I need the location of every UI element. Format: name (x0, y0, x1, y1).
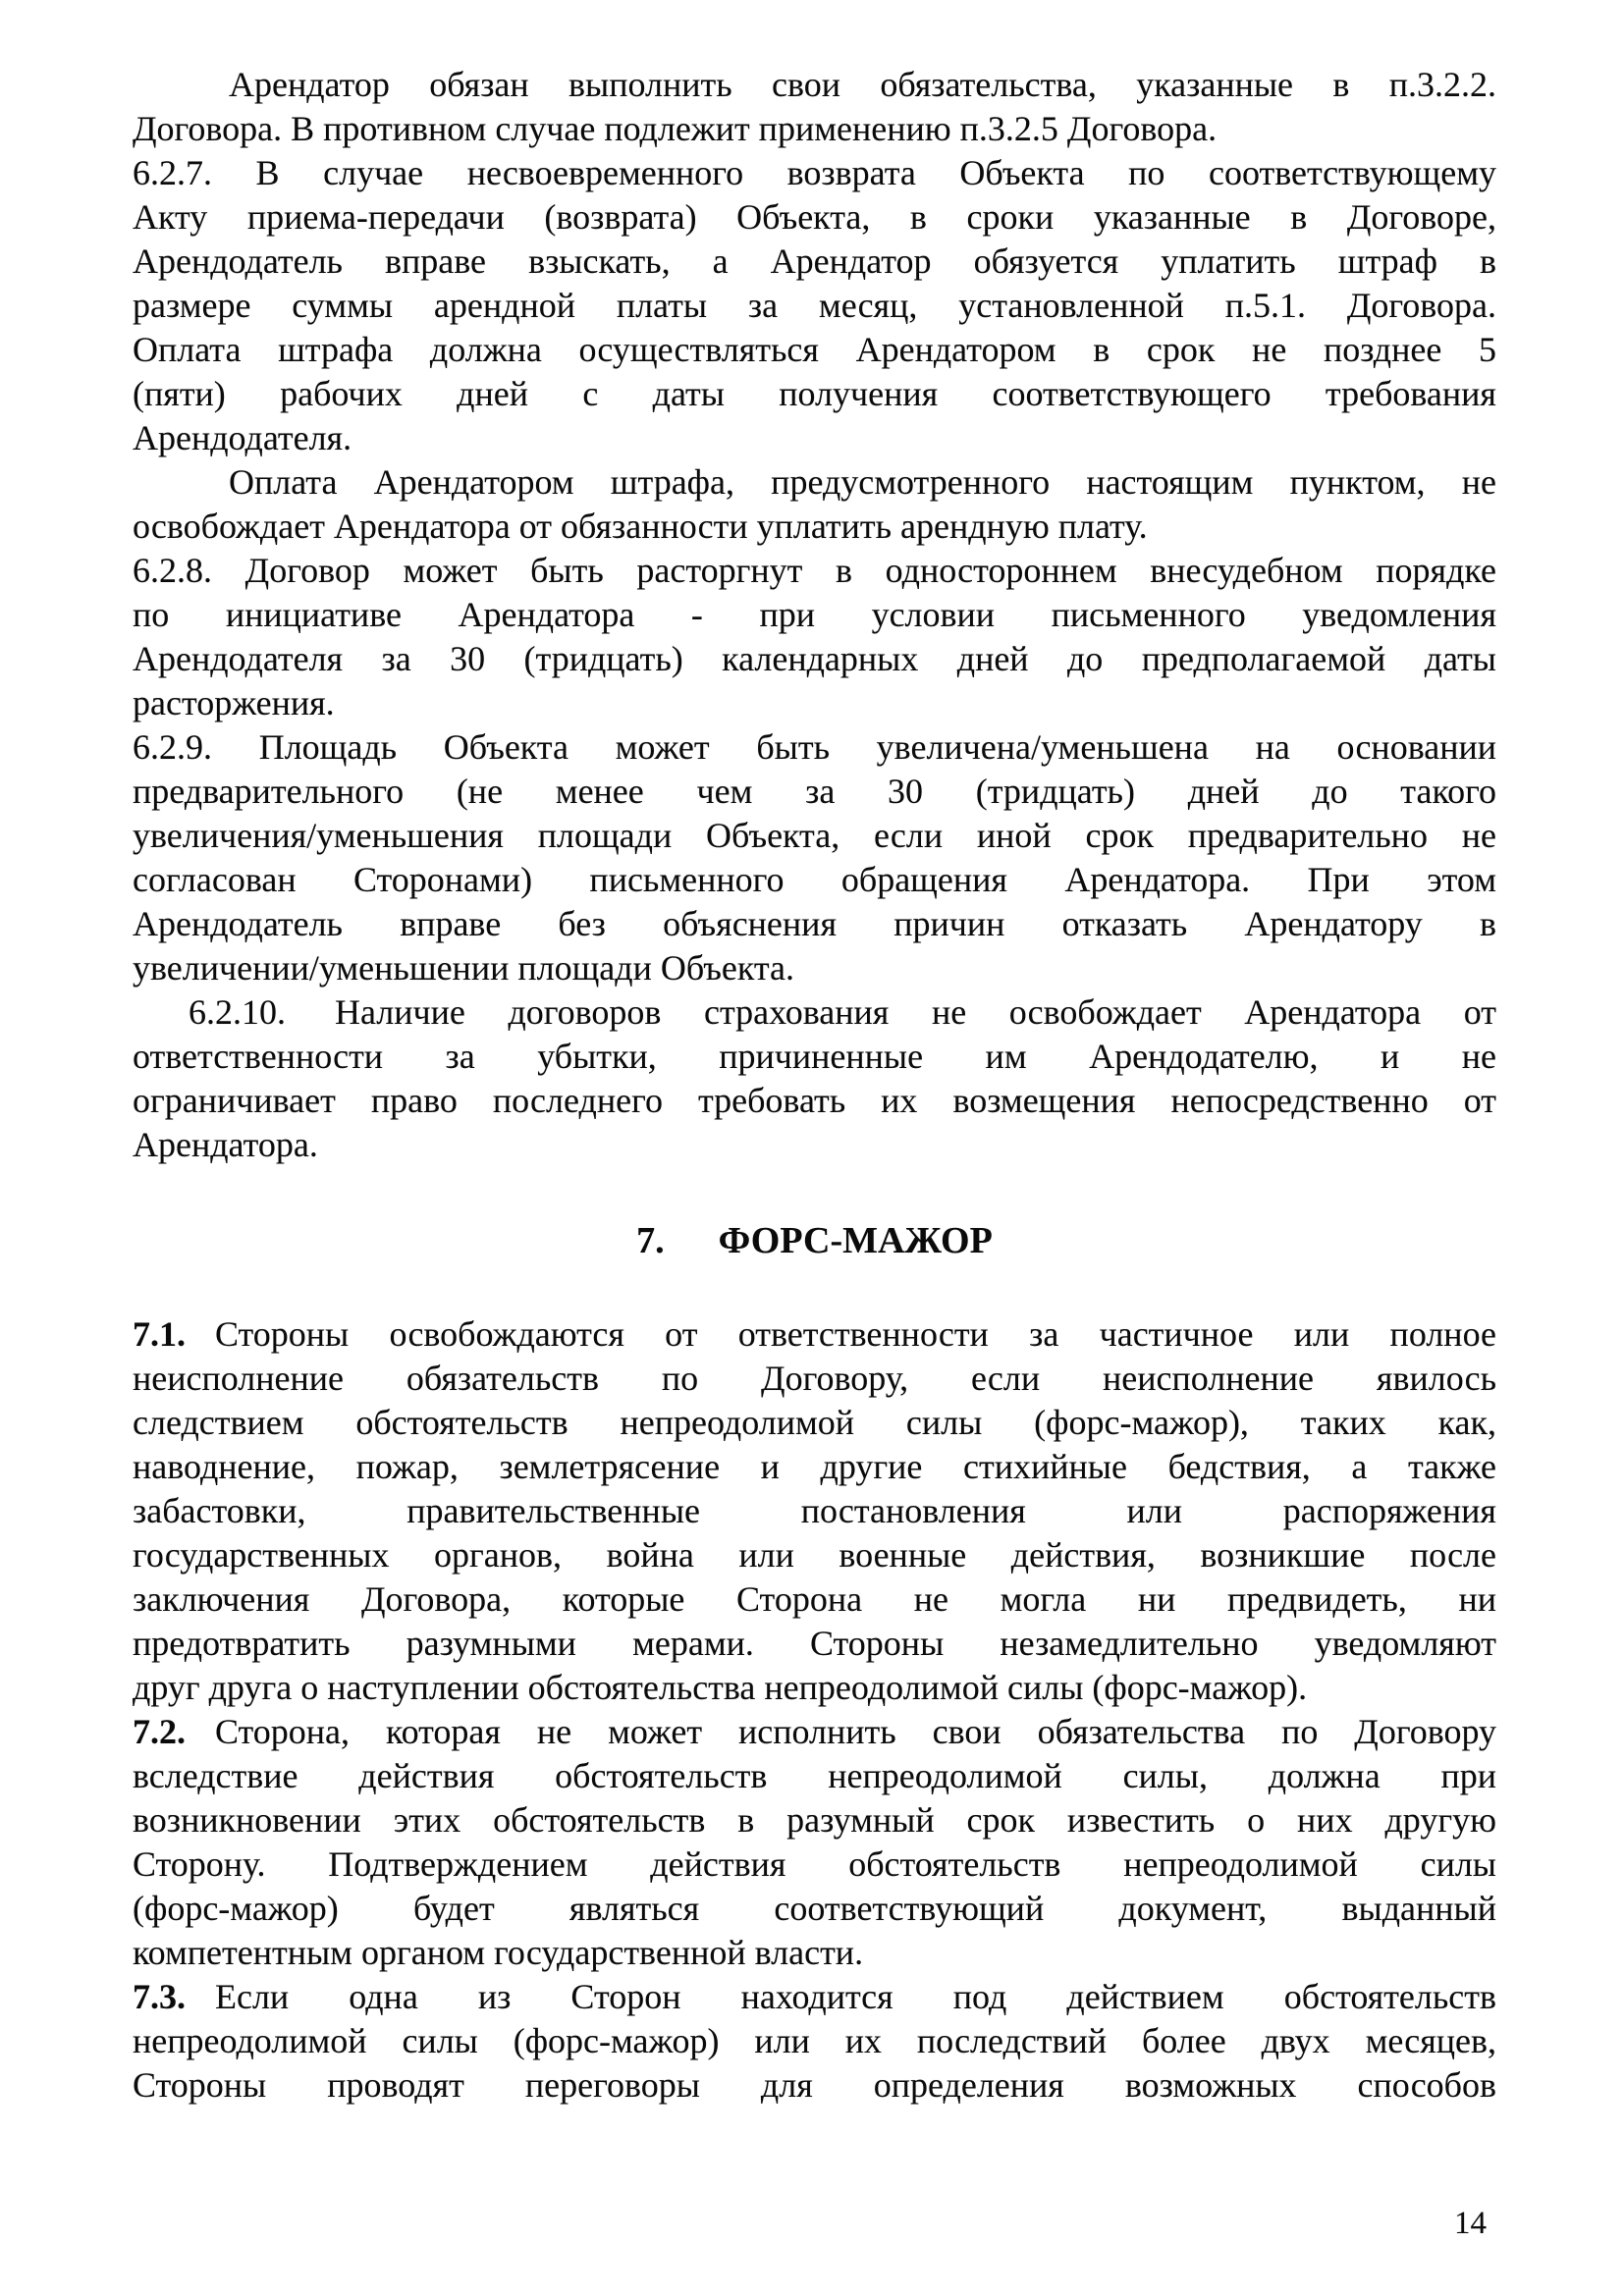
text-line: Сторону. Подтверждением действия обстоят… (133, 1842, 1496, 1887)
text-line: забастовки, правительственные постановле… (133, 1489, 1496, 1533)
clause-text: Если одна из Сторон находится под действ… (215, 1977, 1496, 2016)
paragraph-fine-payment: Оплата Арендатором штрафа, предусмотренн… (133, 460, 1496, 549)
text-line: Арендодатель вправе без объяснения причи… (133, 902, 1496, 946)
text-line: следствием обстоятельств непреодолимой с… (133, 1401, 1496, 1445)
text-line: неисполнение обязательств по Договору, е… (133, 1357, 1496, 1401)
text-line: 6.2.8. Договор может быть расторгнут в о… (133, 549, 1496, 593)
text-line: Арендодателя. (133, 416, 1496, 460)
text-line: предотвратить разумными мерами. Стороны … (133, 1622, 1496, 1666)
section-7-heading: 7.ФОРС-МАЖОР (133, 1219, 1496, 1263)
text-line: наводнение, пожар, землетрясение и други… (133, 1445, 1496, 1489)
text-line: государственных органов, война или военн… (133, 1533, 1496, 1577)
text-line: 6.2.10.Наличие договоров страхования не … (133, 990, 1496, 1035)
text-line: расторжения. (133, 681, 1496, 725)
paragraph-7-1: 7.1.Стороны освобождаются от ответственн… (133, 1312, 1496, 1710)
heading-number: 7. (636, 1220, 665, 1261)
clause-text: Сторона, которая не может исполнить свои… (215, 1712, 1496, 1751)
clause-text: Наличие договоров страхования не освобож… (335, 992, 1496, 1032)
clause-number: 6.2.10. (189, 992, 286, 1032)
text-line: Арендатор обязан выполнить свои обязател… (133, 63, 1496, 107)
text-line: друг друга о наступлении обстоятельства … (133, 1666, 1496, 1710)
text-line: увеличении/уменьшении площади Объекта. (133, 946, 1496, 990)
text-line: ответственности за убытки, причиненные и… (133, 1035, 1496, 1079)
text-line: освобождает Арендатора от обязанности уп… (133, 505, 1496, 549)
clause-number: 7.2. (133, 1712, 186, 1751)
paragraph-tenant-obligations: Арендатор обязан выполнить свои обязател… (133, 63, 1496, 151)
text-line: Акту приема-передачи (возврата) Объекта,… (133, 195, 1496, 240)
heading-title: ФОРС-МАЖОР (719, 1220, 993, 1261)
text-line: 6.2.7. В случае несвоевременного возврат… (133, 151, 1496, 195)
text-line: ограничивает право последнего требовать … (133, 1079, 1496, 1123)
text-line: по инициативе Арендатора - при условии п… (133, 593, 1496, 637)
text-line: Арендодателя за 30 (тридцать) календарны… (133, 637, 1496, 681)
text-line: возникновении этих обстоятельств в разум… (133, 1798, 1496, 1842)
paragraph-6-2-8: 6.2.8. Договор может быть расторгнут в о… (133, 549, 1496, 725)
text-line: (пяти) рабочих дней с даты получения соо… (133, 372, 1496, 416)
text-line: непреодолимой силы (форс-мажор) или их п… (133, 2019, 1496, 2063)
clause-number: 7.3. (133, 1977, 186, 2016)
document-content: Арендатор обязан выполнить свои обязател… (133, 63, 1496, 2108)
paragraph-6-2-10: 6.2.10.Наличие договоров страхования не … (133, 990, 1496, 1167)
text-line: компетентным органом государственной вла… (133, 1931, 1496, 1975)
clause-text: Стороны освобождаются от ответственности… (215, 1314, 1496, 1354)
text-line: Оплата штрафа должна осуществляться Арен… (133, 328, 1496, 372)
text-line: Оплата Арендатором штрафа, предусмотренн… (133, 460, 1496, 505)
text-line: вследствие действия обстоятельств непрео… (133, 1754, 1496, 1798)
text-line: увеличения/уменьшения площади Объекта, е… (133, 814, 1496, 858)
text-line: (форс-мажор) будет являться соответствую… (133, 1887, 1496, 1931)
paragraph-7-2: 7.2.Сторона, которая не может исполнить … (133, 1710, 1496, 1975)
clause-number: 7.1. (133, 1314, 186, 1354)
text-line: 6.2.9. Площадь Объекта может быть увелич… (133, 725, 1496, 770)
text-line: предварительного (не менее чем за 30 (тр… (133, 770, 1496, 814)
text-line: 7.1.Стороны освобождаются от ответственн… (133, 1312, 1496, 1357)
page-number: 14 (1454, 2204, 1487, 2243)
text-line: заключения Договора, которые Сторона не … (133, 1577, 1496, 1622)
text-line: согласован Сторонами) письменного обраще… (133, 858, 1496, 902)
text-line: 7.2.Сторона, которая не может исполнить … (133, 1710, 1496, 1754)
text-line: размере суммы арендной платы за месяц, у… (133, 284, 1496, 328)
text-line: Договора. В противном случае подлежит пр… (133, 107, 1496, 151)
text-line: Арендодатель вправе взыскать, а Арендато… (133, 240, 1496, 284)
text-line: 7.3.Если одна из Сторон находится под де… (133, 1975, 1496, 2019)
text-line: Арендатора. (133, 1123, 1496, 1167)
paragraph-7-3: 7.3.Если одна из Сторон находится под де… (133, 1975, 1496, 2108)
paragraph-6-2-9: 6.2.9. Площадь Объекта может быть увелич… (133, 725, 1496, 990)
text-line: Стороны проводят переговоры для определе… (133, 2063, 1496, 2108)
document-page: Арендатор обязан выполнить свои обязател… (0, 0, 1624, 2296)
paragraph-6-2-7: 6.2.7. В случае несвоевременного возврат… (133, 151, 1496, 460)
